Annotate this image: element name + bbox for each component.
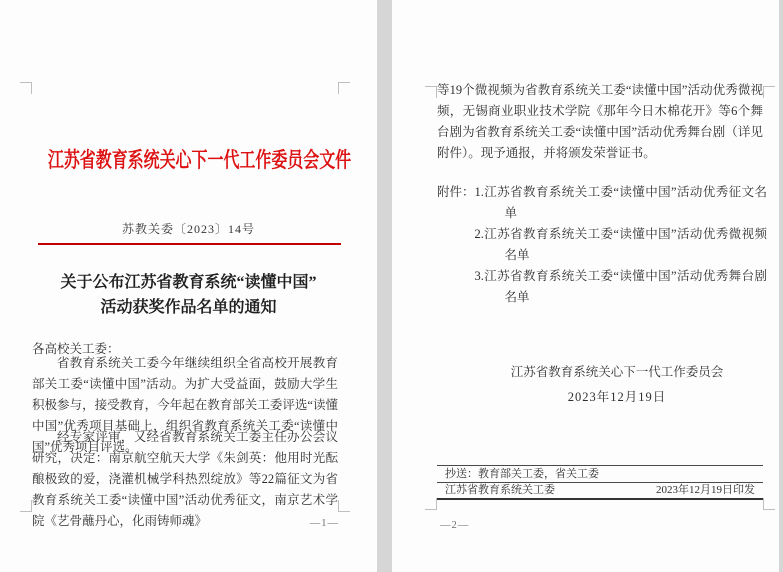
page-number-1: —1— <box>310 518 339 529</box>
margin-mark-top-left <box>20 82 32 94</box>
margin-mark-bottom-left <box>20 500 32 512</box>
print-date: 2023年12月19日印发 <box>656 483 755 498</box>
attachment-item: 3.江苏省教育系统关工委“读懂中国”活动优秀舞台剧名单 <box>475 266 767 308</box>
document-page-1[interactable]: 江苏省教育系统关心下一代工作委员会文件 苏教关委〔2023〕14号 关于公布江苏… <box>0 0 377 572</box>
margin-mark-top-right <box>763 86 775 98</box>
signature-date: 2023年12月19日 <box>471 385 763 410</box>
attachments-list: 1.江苏省教育系统关工委“读懂中国”活动优秀征文名单 2.江苏省教育系统关工委“… <box>475 182 767 308</box>
margin-mark-bottom-right <box>763 498 775 510</box>
document-viewer: 江苏省教育系统关心下一代工作委员会文件 苏教关委〔2023〕14号 关于公布江苏… <box>0 0 783 572</box>
margin-mark-bottom-right <box>338 500 350 512</box>
attachment-item: 2.江苏省教育系统关工委“读懂中国”活动优秀微视频名单 <box>475 224 767 266</box>
attachments-block: 附件： 1.江苏省教育系统关工委“读懂中国”活动优秀征文名单 2.江苏省教育系统… <box>437 182 767 308</box>
letterhead-text: 江苏省教育系统关心下一代工作委员会文件 <box>48 144 351 174</box>
issuer-row: 江苏省教育系统关工委 2023年12月19日印发 <box>437 483 763 498</box>
margin-mark-bottom-left <box>425 498 437 510</box>
body-paragraph-continuation: 等19个微视频为省教育系统关工委“读懂中国”活动优秀微视频，无锡商业职业技术学院… <box>437 80 763 164</box>
red-divider-line <box>38 243 341 245</box>
margin-mark-top-right <box>338 82 350 94</box>
document-number: 苏教关委〔2023〕14号 <box>0 220 377 237</box>
signature-block: 江苏省教育系统关心下一代工作委员会 2023年12月19日 <box>437 360 763 410</box>
red-letterhead: 江苏省教育系统关心下一代工作委员会文件 <box>0 144 377 174</box>
cc-row: 抄送：教育部关工委，省关工委 <box>437 466 763 483</box>
attachments-label: 附件： <box>437 182 475 308</box>
document-page-2[interactable]: 等19个微视频为省教育系统关工委“读懂中国”活动优秀微视频，无锡商业职业技术学院… <box>392 0 779 572</box>
issuer-name: 江苏省教育系统关工委 <box>445 483 555 498</box>
document-title-line2: 活动获奖作品名单的通知 <box>16 295 361 320</box>
signature-organization: 江苏省教育系统关心下一代工作委员会 <box>471 360 763 385</box>
margin-mark-top-left <box>425 86 437 98</box>
issuance-footer-box: 抄送：教育部关工委，省关工委 江苏省教育系统关工委 2023年12月19日印发 <box>437 465 763 500</box>
document-title-line1: 关于公布江苏省教育系统“读懂中国” <box>16 270 361 295</box>
attachment-item: 1.江苏省教育系统关工委“读懂中国”活动优秀征文名单 <box>475 182 767 224</box>
document-title: 关于公布江苏省教育系统“读懂中国” 活动获奖作品名单的通知 <box>16 270 361 320</box>
page-number-2: —2— <box>440 520 469 531</box>
body-paragraph-2: 经专家评审，又经省教育系统关工委主任办公会议研究，决定：南京航空航天大学《朱剑英… <box>32 427 338 532</box>
